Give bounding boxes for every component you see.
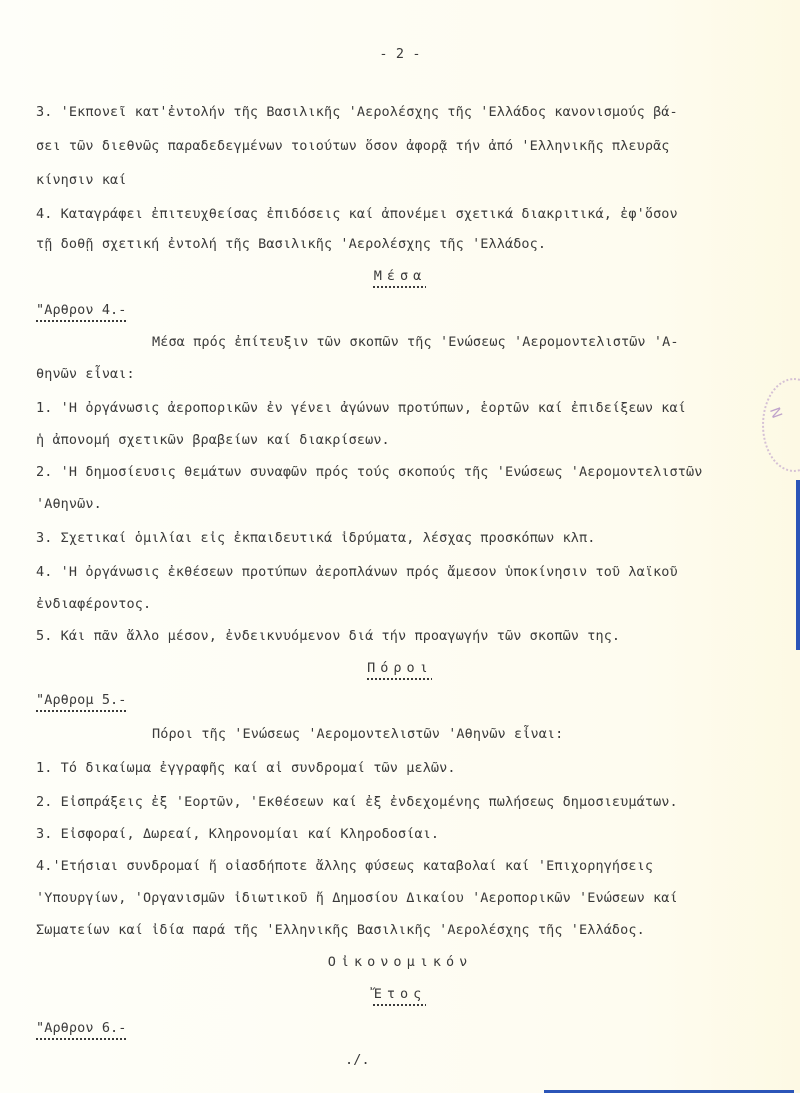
article-4-title: "Αρθρον 4.- xyxy=(36,302,127,318)
continuation-mark: ./. xyxy=(345,1052,370,1068)
paragraph-line: τῇ δοθῇ σχετική ἐντολή τῆς Βασιλικῆς 'Αε… xyxy=(36,236,546,252)
section-heading-mesa: Μέσα xyxy=(0,268,800,284)
document-page: Ν - 2 - 3. 'Εκπονεῖ κατ'ἐντολήν τῆς Βασι… xyxy=(0,0,800,1093)
list-item: 2. Εἰσπράξεις ἐξ 'Εορτῶν, 'Εκθέσεων καί … xyxy=(36,794,678,810)
paragraph-line: Πόροι τῆς 'Ενώσεως 'Αερομοντελιστῶν 'Αθη… xyxy=(152,726,563,742)
paragraph-line: θηνῶν εἶναι: xyxy=(36,366,135,382)
scan-edge-strip xyxy=(796,480,800,650)
list-item: 1. Τό δικαίωμα ἐγγραφῆς καί αἱ συνδρομαί… xyxy=(36,760,456,776)
section-heading-poroi: Πόροι xyxy=(0,660,800,676)
article-5-title: "Αρθρομ 5.- xyxy=(36,692,127,708)
paragraph-line: σει τῶν διεθνῶς παραδεδεγμένων τοιούτων … xyxy=(36,138,670,154)
list-item: 3. Σχετικαί ὁμιλίαι εἰς ἐκπαιδευτικά ἱδρ… xyxy=(36,530,595,546)
ink-stamp xyxy=(762,378,800,472)
list-item: 'Υπουργίων, 'Οργανισμῶν ἰδιωτικοῦ ἤ Δημο… xyxy=(36,890,678,906)
list-item: 4.'Ετήσιαι συνδρομαί ἤ οἱασδήποτε ἄλλης … xyxy=(36,858,653,874)
article-6-title: "Αρθρον 6.- xyxy=(36,1020,127,1036)
page-number: - 2 - xyxy=(0,46,800,62)
list-item: 1. 'Η ὀργάνωσις ἀεροπορικῶν ἐν γένει ἀγώ… xyxy=(36,400,686,416)
section-heading-etos: Ἔτος xyxy=(0,986,800,1002)
paragraph-line: κίνησιν καί xyxy=(36,172,127,188)
list-item: Σωματείων καί ἰδία παρά τῆς 'Ελληνικῆς Β… xyxy=(36,922,645,938)
paragraph-line: 4. Καταγράφει ἐπιτευχθείσας ἐπιδόσεις κα… xyxy=(36,206,678,222)
list-item: 'Αθηνῶν. xyxy=(36,496,102,512)
list-item: ἡ ἀπονομή σχετικῶν βραβείων καί διακρίσε… xyxy=(36,432,390,448)
list-item: ἐνδιαφέροντος. xyxy=(36,596,151,612)
list-item: 2. 'Η δημοσίευσις θεμάτων συναφῶν πρός τ… xyxy=(36,464,702,480)
paragraph-line: 3. 'Εκπονεῖ κατ'ἐντολήν τῆς Βασιλικῆς 'Α… xyxy=(36,104,678,120)
section-heading-oikonomikon: Οἰκονομικόν xyxy=(0,954,800,970)
list-item: 5. Κάι πᾶν ἄλλο μέσον, ἐνδεικνυόμενον δι… xyxy=(36,628,620,644)
paragraph-line: Μέσα πρός ἐπίτευξιν τῶν σκοπῶν τῆς 'Ενώσ… xyxy=(152,334,679,350)
list-item: 4. 'Η ὀργάνωσις ἐκθέσεων προτύπων ἀεροπλ… xyxy=(36,564,678,580)
list-item: 3. Εἰσφοραί, Δωρεαί, Κληρονομίαι καί Κλη… xyxy=(36,826,439,842)
